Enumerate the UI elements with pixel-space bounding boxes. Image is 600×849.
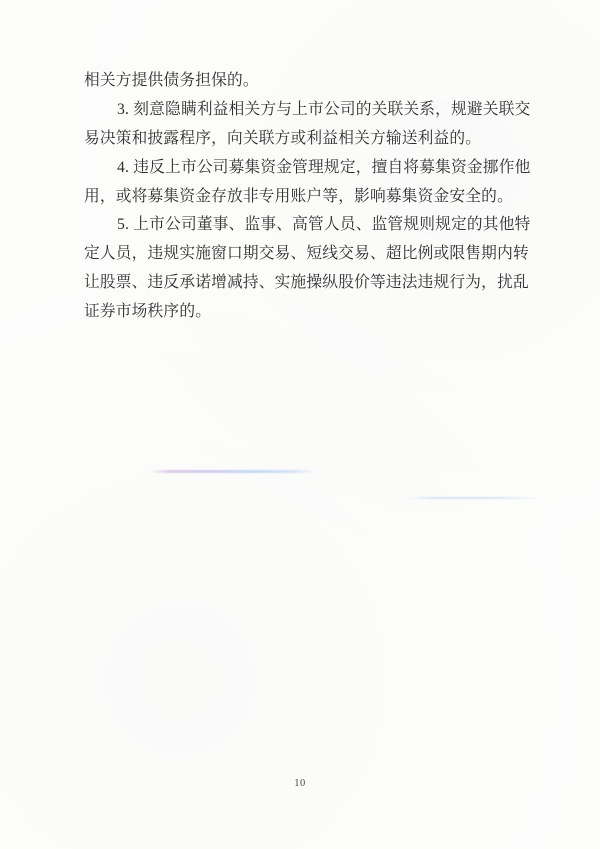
- document-line: 定人员，违规实施窗口期交易、短线交易、超比例或限售期内转: [84, 240, 544, 269]
- document-line-clause-3: 3. 刻意隐瞒利益相关方与上市公司的关联关系，规避关联交: [84, 96, 544, 125]
- page-number: 10: [0, 778, 600, 789]
- document-line: 相关方提供债务担保的。: [84, 67, 544, 96]
- document-line: 让股票、违反承诺增减持、实施操纵股价等违法违规行为，扰乱: [84, 269, 544, 298]
- document-line: 证券市场秩序的。: [84, 298, 544, 327]
- scan-artifact-line: [150, 470, 317, 473]
- scan-artifact-line: [408, 497, 540, 499]
- document-page: 相关方提供债务担保的。 3. 刻意隐瞒利益相关方与上市公司的关联关系，规避关联交…: [0, 0, 600, 849]
- document-line: 用，或将募集资金存放非专用账户等，影响募集资金安全的。: [84, 183, 544, 212]
- document-text-block: 相关方提供债务担保的。 3. 刻意隐瞒利益相关方与上市公司的关联关系，规避关联交…: [84, 67, 544, 327]
- document-line: 易决策和披露程序，向关联方或利益相关方输送利益的。: [84, 125, 544, 154]
- document-line-clause-4: 4. 违反上市公司募集资金管理规定，擅自将募集资金挪作他: [84, 154, 544, 183]
- document-line-clause-5: 5. 上市公司董事、监事、高管人员、监管规则规定的其他特: [84, 211, 544, 240]
